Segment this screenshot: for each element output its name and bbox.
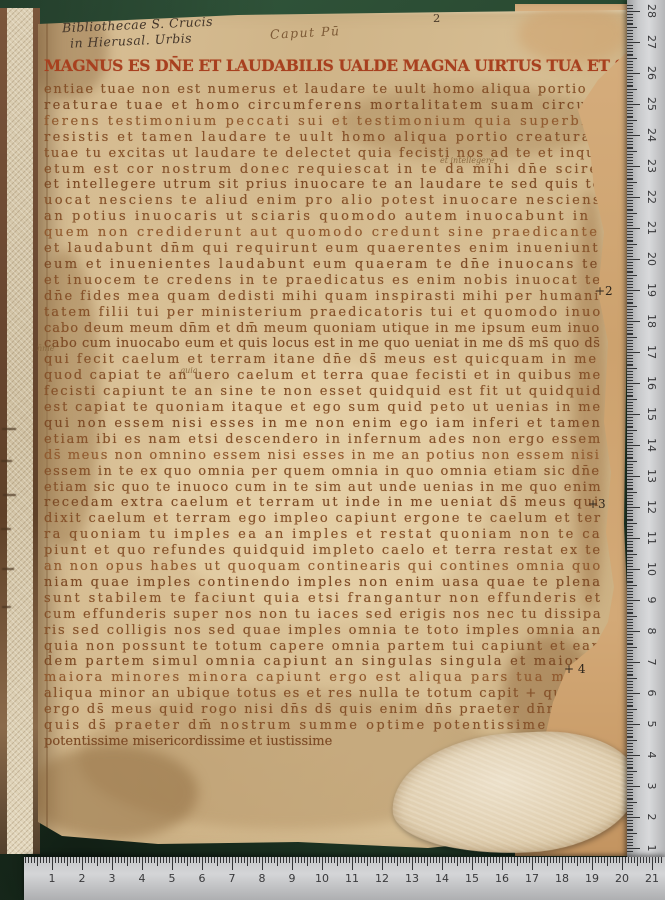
manuscript-line: sunt stabilem te faciunt quia etsi frang… bbox=[44, 591, 602, 606]
manuscript-line: essem in te ex quo omnia per quem omnia … bbox=[44, 464, 601, 479]
ruler-number: 26 bbox=[645, 61, 657, 85]
ruler-tick bbox=[627, 696, 633, 697]
manuscript-line: etiam sic quo te inuoco cum in te sim au… bbox=[44, 480, 602, 495]
ruler-tick bbox=[627, 501, 633, 502]
ruler-number: 11 bbox=[340, 872, 364, 886]
ruler-tick bbox=[627, 495, 633, 496]
ruler-tick bbox=[627, 566, 633, 567]
ruler-tick bbox=[619, 857, 620, 863]
ruler-tick bbox=[627, 414, 640, 415]
ruler-tick bbox=[627, 101, 633, 102]
ruler-tick bbox=[627, 625, 633, 626]
ruler-tick bbox=[627, 262, 633, 263]
ruler-tick bbox=[382, 857, 383, 870]
ruler-tick bbox=[627, 172, 633, 173]
manuscript-line: quia non possunt te totum capere omnia p… bbox=[44, 639, 602, 654]
ruler-tick bbox=[139, 857, 140, 863]
ruler-tick bbox=[627, 287, 633, 288]
ruler-tick bbox=[627, 752, 633, 753]
ruler-tick bbox=[627, 51, 633, 52]
manuscript-line: entiae tuae non est numerus et laudare t… bbox=[44, 82, 602, 97]
ruler-tick bbox=[627, 30, 633, 31]
ruler-tick bbox=[627, 560, 633, 561]
ruler-tick bbox=[627, 783, 633, 784]
ruler-tick bbox=[133, 857, 134, 863]
manuscript-line: maiora minores minora capiunt ergo est a… bbox=[44, 670, 602, 685]
ruler-tick bbox=[325, 857, 326, 863]
ruler-tick bbox=[627, 116, 633, 117]
ruler-tick bbox=[627, 805, 633, 806]
ruler-tick bbox=[627, 603, 633, 604]
ruler-tick bbox=[355, 857, 356, 863]
ruler-tick bbox=[627, 340, 633, 341]
ruler-tick bbox=[160, 857, 161, 863]
ruler-tick bbox=[627, 826, 633, 827]
ruler-tick bbox=[627, 123, 633, 124]
ruler-tick bbox=[627, 668, 633, 669]
ruler-tick bbox=[627, 572, 633, 573]
ruler-tick bbox=[627, 690, 633, 691]
ruler-tick bbox=[76, 857, 77, 863]
ruler-tick bbox=[627, 42, 640, 43]
ruler-tick bbox=[627, 678, 637, 679]
ruler-tick bbox=[274, 857, 275, 863]
ruler-number: 19 bbox=[580, 872, 604, 886]
ruler-tick bbox=[627, 405, 633, 406]
ruler-tick bbox=[627, 76, 633, 77]
ruler-tick bbox=[627, 433, 633, 434]
ruler-tick bbox=[412, 857, 413, 870]
ruler-tick bbox=[627, 687, 633, 688]
ruler-tick bbox=[627, 61, 633, 62]
ruler-tick bbox=[627, 253, 633, 254]
ruler-tick bbox=[346, 857, 347, 863]
ruler-tick bbox=[565, 857, 566, 863]
interlinear-gloss: quia bbox=[180, 366, 198, 375]
ruler-tick bbox=[424, 857, 425, 863]
ruler-tick bbox=[121, 857, 122, 863]
ruler-tick bbox=[627, 275, 637, 276]
ruler-tick bbox=[400, 857, 401, 863]
ruler-tick bbox=[484, 857, 485, 863]
ruler-tick bbox=[627, 374, 633, 375]
ruler-tick bbox=[627, 730, 633, 731]
folio-number: 2 bbox=[433, 11, 440, 25]
ruler-number: 12 bbox=[645, 495, 657, 519]
manuscript-line: et laudabunt dn̄m qui requirunt eum quae… bbox=[44, 241, 600, 256]
ruler-tick bbox=[463, 857, 464, 863]
ruler-tick bbox=[627, 302, 633, 303]
ruler-tick bbox=[37, 857, 38, 866]
ruler-tick bbox=[627, 318, 633, 319]
ruler-tick bbox=[337, 857, 338, 866]
ruler-tick bbox=[136, 857, 137, 863]
ruler-tick bbox=[367, 857, 368, 866]
ruler-tick bbox=[627, 650, 633, 651]
ruler-number: 11 bbox=[645, 526, 657, 550]
ruler-tick bbox=[627, 532, 633, 533]
ruler-tick bbox=[627, 228, 640, 229]
ruler-tick bbox=[391, 857, 392, 863]
ruler-tick bbox=[627, 141, 633, 142]
ruler-tick bbox=[627, 541, 633, 542]
ruler-tick bbox=[627, 594, 633, 595]
ruler-tick bbox=[627, 814, 633, 815]
ruler-tick bbox=[85, 857, 86, 863]
ruler-tick bbox=[627, 234, 633, 235]
ruler-tick bbox=[460, 857, 461, 863]
ruler-tick bbox=[627, 755, 640, 756]
ruler-tick bbox=[627, 281, 633, 282]
ruler-tick bbox=[627, 271, 633, 272]
ruler-tick bbox=[627, 306, 637, 307]
ruler-tick bbox=[349, 857, 350, 863]
ruler-tick bbox=[97, 857, 98, 866]
ruler-tick bbox=[142, 857, 143, 870]
ruler-tick bbox=[627, 535, 633, 536]
ruler-tick bbox=[451, 857, 452, 863]
ruler-number: 1 bbox=[40, 872, 64, 886]
ruler-number: 20 bbox=[610, 872, 634, 886]
ruler-tick bbox=[70, 857, 71, 863]
ruler-tick bbox=[627, 231, 633, 232]
ruler-tick bbox=[481, 857, 482, 863]
marginal-mark: +2 bbox=[595, 284, 613, 298]
manuscript-line: ergo ds̄ meus quid rogo nisi dn̄s ds̄ qu… bbox=[44, 702, 593, 717]
ruler-tick bbox=[49, 857, 50, 863]
ruler-number: 9 bbox=[645, 588, 657, 612]
ruler-tick bbox=[627, 516, 633, 517]
ruler-tick bbox=[627, 482, 633, 483]
ruler-tick bbox=[262, 857, 263, 870]
ruler-tick bbox=[448, 857, 449, 863]
ruler-tick bbox=[627, 95, 633, 96]
ruler-tick bbox=[627, 377, 633, 378]
ruler-tick bbox=[627, 120, 637, 121]
ruler-tick bbox=[627, 157, 633, 158]
ruler-tick bbox=[627, 513, 633, 514]
ruler-tick bbox=[627, 138, 633, 139]
ruler-tick bbox=[627, 17, 633, 18]
ruler-tick bbox=[627, 426, 633, 427]
ruler-tick bbox=[499, 857, 500, 863]
ruler-tick bbox=[547, 857, 548, 866]
ruler-tick bbox=[544, 857, 545, 863]
ruler-tick bbox=[627, 842, 633, 843]
ruler-number: 15 bbox=[460, 872, 484, 886]
ruler-tick bbox=[627, 188, 633, 189]
ruler-tick bbox=[91, 857, 92, 863]
ruler-number: 13 bbox=[400, 872, 424, 886]
ruler-tick bbox=[124, 857, 125, 863]
ruler-tick bbox=[616, 857, 617, 863]
ruler-number: 2 bbox=[645, 805, 657, 829]
ruler-tick bbox=[627, 135, 640, 136]
manuscript-line: an non opus habes ut quoquam continearis… bbox=[44, 559, 602, 574]
previous-folio-text-trace bbox=[2, 428, 16, 430]
ruler-tick bbox=[627, 113, 633, 114]
ruler-tick bbox=[43, 857, 44, 863]
ruler-tick bbox=[627, 702, 633, 703]
ruler-number: 3 bbox=[645, 774, 657, 798]
ruler-tick bbox=[627, 178, 633, 179]
ruler-tick bbox=[169, 857, 170, 863]
ruler-tick bbox=[627, 761, 633, 762]
ruler-tick bbox=[259, 857, 260, 863]
ruler-tick bbox=[627, 808, 633, 809]
ruler-tick bbox=[475, 857, 476, 863]
ruler-tick bbox=[627, 851, 633, 852]
ruler-tick bbox=[118, 857, 119, 863]
ruler-tick bbox=[289, 857, 290, 863]
ruler-tick bbox=[406, 857, 407, 863]
ruler-tick bbox=[627, 647, 637, 648]
ruler-tick bbox=[627, 358, 633, 359]
manuscript-line: qui fecit caelum et terram itane dn̄e ds… bbox=[44, 352, 598, 367]
ruler-tick bbox=[627, 321, 640, 322]
manuscript-line: aliqua minor an ubique totus es et res n… bbox=[44, 686, 602, 701]
ruler-tick bbox=[430, 857, 431, 863]
ruler-tick bbox=[627, 445, 640, 446]
ruler-tick bbox=[439, 857, 440, 863]
ruler-tick bbox=[627, 507, 640, 508]
ruler-tick bbox=[627, 681, 633, 682]
ruler-tick bbox=[627, 399, 637, 400]
ruler-tick bbox=[568, 857, 569, 863]
ruler-tick bbox=[190, 857, 191, 863]
ruler-tick bbox=[556, 857, 557, 863]
ruler-tick bbox=[559, 857, 560, 863]
ruler-tick bbox=[634, 857, 635, 863]
ruler-tick bbox=[163, 857, 164, 863]
ruler-tick bbox=[256, 857, 257, 863]
ruler-tick bbox=[627, 182, 637, 183]
ruler-tick bbox=[643, 857, 644, 863]
ruler-tick bbox=[409, 857, 410, 863]
ruler-number: 21 bbox=[640, 872, 664, 886]
manuscript-line: ra quoniam tu imples ea an imples et res… bbox=[44, 527, 602, 542]
ruler-tick bbox=[478, 857, 479, 863]
ruler-tick bbox=[627, 250, 633, 251]
ruler-tick bbox=[627, 736, 633, 737]
ruler-tick bbox=[627, 299, 633, 300]
ruler-tick bbox=[627, 845, 633, 846]
ruler-tick bbox=[310, 857, 311, 863]
ruler-tick bbox=[154, 857, 155, 863]
ruler-tick bbox=[627, 206, 633, 207]
ruler-number: 16 bbox=[490, 872, 514, 886]
ruler-tick bbox=[627, 504, 633, 505]
ruler-tick bbox=[627, 436, 633, 437]
ruler-tick bbox=[627, 11, 640, 12]
ruler-tick bbox=[627, 643, 633, 644]
ruler-tick bbox=[328, 857, 329, 863]
ruler-tick bbox=[280, 857, 281, 863]
manuscript-line: tuae tu excitas ut laudare te delectet q… bbox=[44, 146, 602, 161]
ruler-tick bbox=[373, 857, 374, 863]
ruler-tick bbox=[322, 857, 323, 870]
ruler-tick bbox=[34, 857, 35, 863]
ruler-tick bbox=[370, 857, 371, 863]
manuscript-line: dem partem simul omnia capiunt an singul… bbox=[44, 654, 602, 669]
ruler-tick bbox=[627, 538, 640, 539]
ruler-tick bbox=[627, 92, 633, 93]
ruler-tick bbox=[46, 857, 47, 863]
ruler-tick bbox=[627, 575, 633, 576]
ruler-tick bbox=[627, 485, 633, 486]
ruler-tick bbox=[364, 857, 365, 863]
ruler-tick bbox=[61, 857, 62, 863]
ruler-tick bbox=[627, 771, 637, 772]
ruler-tick bbox=[627, 600, 640, 601]
ruler-tick bbox=[627, 259, 640, 260]
ruler-tick bbox=[627, 774, 633, 775]
ruler-tick bbox=[627, 209, 633, 210]
ruler-tick bbox=[627, 129, 633, 130]
ruler-tick bbox=[627, 656, 633, 657]
ruler-tick bbox=[79, 857, 80, 863]
ruler-tick bbox=[627, 79, 633, 80]
ruler-tick bbox=[627, 547, 633, 548]
ruler-tick bbox=[627, 5, 633, 6]
ruler-tick bbox=[298, 857, 299, 863]
ruler-number: 18 bbox=[645, 309, 657, 333]
ruler-tick bbox=[627, 653, 633, 654]
ruler-tick bbox=[88, 857, 89, 863]
ruler-tick bbox=[553, 857, 554, 863]
ruler-tick bbox=[627, 67, 633, 68]
ruler-tick bbox=[627, 823, 633, 824]
ruler-tick bbox=[253, 857, 254, 863]
ruler-tick bbox=[433, 857, 434, 863]
ruler-tick bbox=[175, 857, 176, 863]
ruler-tick bbox=[574, 857, 575, 863]
ruler-tick bbox=[292, 857, 293, 870]
ruler-tick bbox=[601, 857, 602, 863]
manuscript-line: dixit caelum et terram ego impleo capiun… bbox=[44, 511, 602, 526]
ruler-tick bbox=[627, 606, 633, 607]
ruler-tick bbox=[627, 526, 633, 527]
marginal-mark: +3 bbox=[588, 497, 606, 511]
ruler-tick bbox=[627, 160, 633, 161]
ruler-tick bbox=[127, 857, 128, 866]
ruler-tick bbox=[271, 857, 272, 863]
ruler-tick bbox=[627, 740, 637, 741]
ruler-tick bbox=[627, 616, 637, 617]
ruler-tick bbox=[583, 857, 584, 863]
ruler-tick bbox=[106, 857, 107, 863]
manuscript-line: quem non crediderunt aut quomodo credunt… bbox=[44, 225, 600, 240]
ruler-tick bbox=[631, 857, 632, 863]
ruler-tick bbox=[627, 767, 633, 768]
ruler-tick bbox=[109, 857, 110, 863]
ruler-tick bbox=[226, 857, 227, 863]
ruler-tick bbox=[232, 857, 233, 870]
photo-stage: MAGNUS ES DN̄E ET LAUDABILIS UALDE MAGNA… bbox=[0, 0, 665, 900]
ruler-number: 22 bbox=[645, 185, 657, 209]
ruler-tick bbox=[493, 857, 494, 863]
ruler-tick bbox=[627, 219, 633, 220]
ruler-tick bbox=[627, 244, 637, 245]
ruler-tick bbox=[627, 20, 633, 21]
ruler-tick bbox=[625, 857, 626, 863]
ruler-tick bbox=[340, 857, 341, 863]
ruler-tick bbox=[595, 857, 596, 863]
ruler-tick bbox=[627, 671, 633, 672]
ruler-tick bbox=[313, 857, 314, 863]
ruler-tick bbox=[181, 857, 182, 863]
ruler-tick bbox=[627, 132, 633, 133]
ruler-tick bbox=[627, 461, 637, 462]
ruler-tick bbox=[627, 222, 633, 223]
ruler-tick bbox=[283, 857, 284, 863]
ruler-tick bbox=[627, 473, 633, 474]
ruler-tick bbox=[627, 166, 640, 167]
ruler-tick bbox=[649, 857, 650, 863]
previous-folio-text-trace bbox=[1, 460, 12, 462]
ruler-tick bbox=[496, 857, 497, 863]
ruler-tick bbox=[627, 225, 633, 226]
ruler-tick bbox=[627, 470, 633, 471]
ruler-tick bbox=[627, 203, 633, 204]
ruler-tick bbox=[627, 569, 640, 570]
binding-gauze bbox=[7, 8, 33, 854]
ruler-tick bbox=[627, 523, 637, 524]
ruler-tick bbox=[646, 857, 647, 863]
ruler-tick bbox=[627, 721, 633, 722]
ruler-tick bbox=[627, 70, 633, 71]
ruler-number: 12 bbox=[370, 872, 394, 886]
ruler-tick bbox=[627, 557, 633, 558]
ruler-tick bbox=[627, 39, 633, 40]
ruler-tick bbox=[627, 386, 633, 387]
ruler-tick bbox=[627, 640, 633, 641]
ruler-tick bbox=[627, 290, 640, 291]
ruler-number: 25 bbox=[645, 92, 657, 116]
ruler-tick bbox=[541, 857, 542, 863]
ruler-number: 17 bbox=[520, 872, 544, 886]
ruler-tick bbox=[627, 98, 633, 99]
ruler-tick bbox=[214, 857, 215, 863]
ruler-tick bbox=[627, 33, 633, 34]
ruler-tick bbox=[304, 857, 305, 863]
ruler-tick bbox=[208, 857, 209, 863]
ruler-tick bbox=[627, 758, 633, 759]
ruler-tick bbox=[627, 408, 633, 409]
manuscript-line: tatem filii tui per ministerium praedica… bbox=[44, 305, 602, 320]
ruler-tick bbox=[627, 839, 633, 840]
manuscript-line: niam quae imples continendo imples non e… bbox=[44, 575, 602, 590]
ruler-tick bbox=[627, 789, 633, 790]
ruler-tick bbox=[627, 510, 633, 511]
ruler-tick bbox=[526, 857, 527, 863]
ruler-tick bbox=[627, 73, 640, 74]
manuscript-line: cum effunderis super nos non tu iaces se… bbox=[44, 607, 602, 622]
manuscript-line: ds̄ meus non omnino essem nisi esses in … bbox=[44, 448, 600, 463]
ruler-tick bbox=[627, 464, 633, 465]
ruler-tick bbox=[627, 563, 633, 564]
ruler-tick bbox=[627, 85, 633, 86]
ruler-tick bbox=[627, 619, 633, 620]
ruler-tick bbox=[379, 857, 380, 863]
ruler-tick bbox=[229, 857, 230, 863]
ruler-tick bbox=[250, 857, 251, 863]
previous-folio-text-trace bbox=[1, 528, 11, 530]
ruler-tick bbox=[627, 14, 633, 15]
ruler-tick bbox=[627, 327, 633, 328]
ruler-tick bbox=[238, 857, 239, 863]
ruler-tick bbox=[627, 423, 633, 424]
